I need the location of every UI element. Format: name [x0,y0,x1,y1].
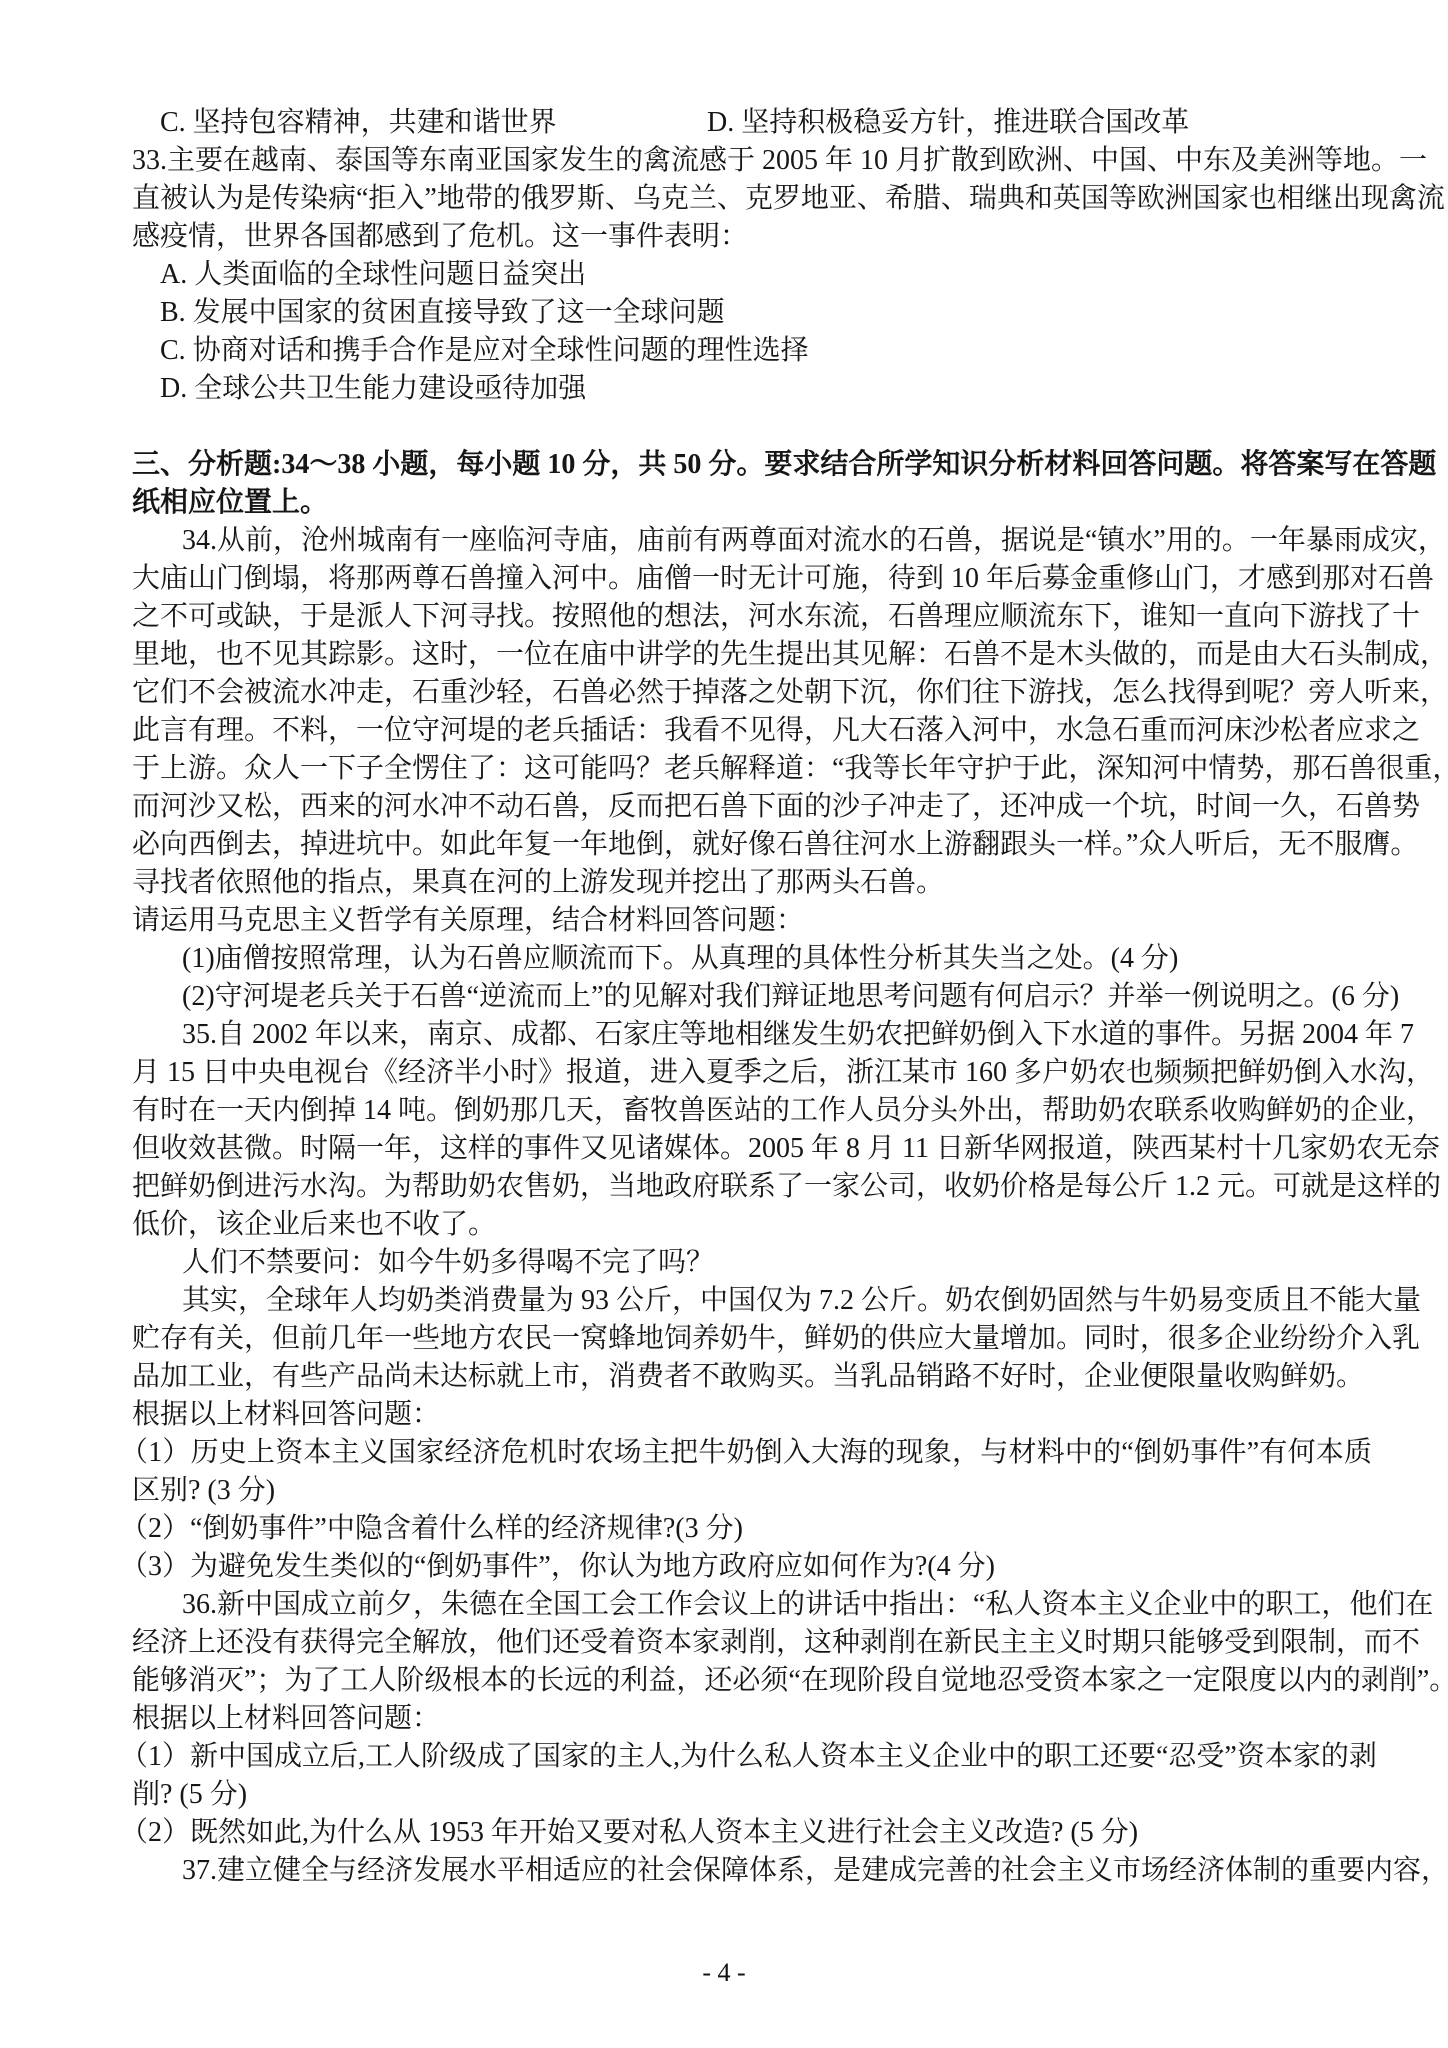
text-line: D. 全球公共卫生能力建设亟待加强 [132,370,1372,408]
text-line: 36.新中国成立前夕，朱德在全国工会工作会议上的讲话中指出：“私人资本主义企业中… [132,1586,1372,1624]
text-line: 品加工业，有些产品尚未达标就上市，消费者不敢购买。当乳品销路不好时，企业便限量收… [132,1358,1372,1396]
choice-option-c: C. 坚持包容精神，共建和谐世界 [160,104,707,142]
text-line: （3）为避免发生类似的“倒奶事件”，你认为地方政府应如何作为?(4 分) [120,1548,1372,1586]
document-body: C. 坚持包容精神，共建和谐世界D. 坚持积极稳妥方针，推进联合国改革33.主要… [132,104,1372,1890]
text-line: 人们不禁要问：如今牛奶多得喝不完了吗？ [132,1244,1372,1282]
text-line: 低价，该企业后来也不收了。 [132,1206,1372,1244]
text-line: （2）既然如此,为什么从 1953 年开始又要对私人资本主义进行社会主义改造? … [120,1814,1372,1852]
text-line: 月 15 日中央电视台《经济半小时》报道，进入夏季之后，浙江某市 160 多户奶… [132,1054,1372,1092]
page-number: - 4 - [0,1956,1448,1990]
text-line: 感疫情，世界各国都感到了危机。这一事件表明： [132,218,1372,256]
text-line: 大庙山门倒塌，将那两尊石兽撞入河中。庙僧一时无计可施，待到 10 年后募金重修山… [132,560,1372,598]
text-line: 请运用马克思主义哲学有关原理，结合材料回答问题： [132,902,1372,940]
text-line: B. 发展中国家的贫困直接导致了这一全球问题 [132,294,1372,332]
text-line: 里地，也不见其踪影。这时，一位在庙中讲学的先生提出其见解：石兽不是木头做的，而是… [132,636,1372,674]
text-line: 寻找者依照他的指点，果真在河的上游发现并挖出了那两头石兽。 [132,864,1372,902]
text-line: 直被认为是传染病“拒入”地带的俄罗斯、乌克兰、克罗地亚、希腊、瑞典和英国等欧洲国… [132,180,1372,218]
text-line: 有时在一天内倒掉 14 吨。倒奶那几天，畜牧兽医站的工作人员分头外出，帮助奶农联… [132,1092,1372,1130]
text-line: 把鲜奶倒进污水沟。为帮助奶农售奶，当地政府联系了一家公司，收奶价格是每公斤 1.… [132,1168,1372,1206]
text-line: 纸相应位置上。 [132,484,1372,522]
text-line: 35.自 2002 年以来，南京、成都、石家庄等地相继发生奶农把鲜奶倒入下水道的… [132,1016,1372,1054]
text-line: 37.建立健全与经济发展水平相适应的社会保障体系，是建成完善的社会主义市场经济体… [132,1852,1372,1890]
text-line: 削? (5 分) [132,1776,1372,1814]
text-line: 于上游。众人一下子全愣住了：这可能吗？老兵解释道：“我等长年守护于此，深知河中情… [132,750,1372,788]
text-line: C. 协商对话和携手合作是应对全球性问题的理性选择 [132,332,1372,370]
text-line: 它们不会被流水冲走，石重沙轻，石兽必然于掉落之处朝下沉，你们往下游找，怎么找得到… [132,674,1372,712]
text-line: 区别? (3 分) [132,1472,1372,1510]
text-line: 根据以上材料回答问题： [132,1700,1372,1738]
blank-line [132,408,1372,446]
text-line: （1）新中国成立后,工人阶级成了国家的主人,为什么私人资本主义企业中的职工还要“… [120,1738,1372,1776]
choice-option-d: D. 坚持积极稳妥方针，推进联合国改革 [707,107,1189,138]
text-line: 贮存有关，但前几年一些地方农民一窝蜂地饲养奶牛，鲜奶的供应大量增加。同时，很多企… [132,1320,1372,1358]
text-line: （1）历史上资本主义国家经济危机时农场主把牛奶倒入大海的现象，与材料中的“倒奶事… [120,1434,1372,1472]
text-line: 根据以上材料回答问题： [132,1396,1372,1434]
text-line: 34.从前，沧州城南有一座临河寺庙，庙前有两尊面对流水的石兽，据说是“镇水”用的… [132,522,1372,560]
text-line: （2）“倒奶事件”中隐含着什么样的经济规律?(3 分) [120,1510,1372,1548]
exam-page: C. 坚持包容精神，共建和谐世界D. 坚持积极稳妥方针，推进联合国改革33.主要… [0,0,1448,2048]
text-line: 经济上还没有获得完全解放，他们还受着资本家剥削，这种剥削在新民主主义时期只能够受… [132,1624,1372,1662]
text-line: 其实，全球年人均奶类消费量为 93 公斤，中国仅为 7.2 公斤。奶农倒奶固然与… [132,1282,1372,1320]
text-line: C. 坚持包容精神，共建和谐世界D. 坚持积极稳妥方针，推进联合国改革 [132,104,1372,142]
text-line: A. 人类面临的全球性问题日益突出 [132,256,1372,294]
text-line: 33.主要在越南、泰国等东南亚国家发生的禽流感于 2005 年 10 月扩散到欧… [132,142,1372,180]
text-line: 此言有理。不料，一位守河堤的老兵插话：我看不见得，凡大石落入河中，水急石重而河床… [132,712,1372,750]
text-line: (2)守河堤老兵关于石兽“逆流而上”的见解对我们辩证地思考问题有何启示？并举一例… [132,978,1372,1016]
text-line: (1)庙僧按照常理，认为石兽应顺流而下。从真理的具体性分析其失当之处。(4 分) [132,940,1372,978]
text-line: 三、分析题:34～38 小题，每小题 10 分，共 50 分。要求结合所学知识分… [132,446,1372,484]
text-line: 之不可或缺，于是派人下河寻找。按照他的想法，河水东流，石兽理应顺流东下，谁知一直… [132,598,1372,636]
text-line: 而河沙又松，西来的河水冲不动石兽，反而把石兽下面的沙子冲走了，还冲成一个坑，时间… [132,788,1372,826]
text-line: 但收效甚微。时隔一年，这样的事件又见诸媒体。2005 年 8 月 11 日新华网… [132,1130,1372,1168]
text-line: 必向西倒去，掉进坑中。如此年复一年地倒，就好像石兽往河水上游翻跟头一样。”众人听… [132,826,1372,864]
text-line: 能够消灭”；为了工人阶级根本的长远的利益，还必须“在现阶段自觉地忍受资本家之一定… [132,1662,1372,1700]
